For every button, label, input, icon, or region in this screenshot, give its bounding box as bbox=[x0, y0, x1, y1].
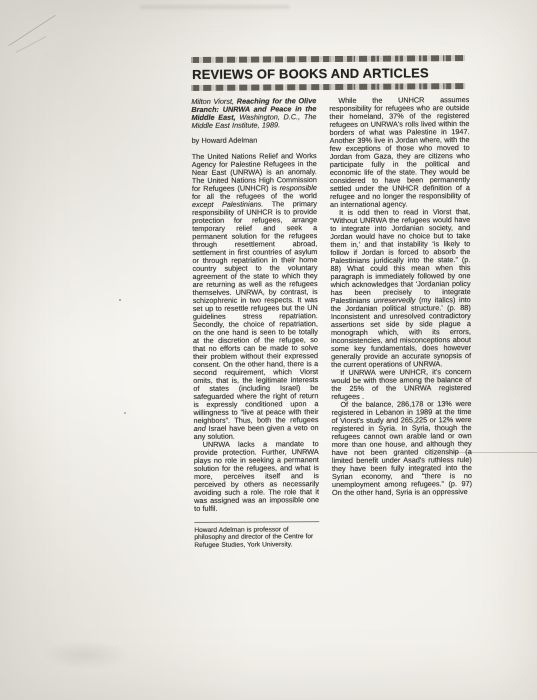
scan-speck bbox=[119, 299, 121, 301]
two-column-text: Milton Viorst, Reaching for the Olive Br… bbox=[191, 96, 472, 549]
review-paragraph: Of the balance, 286,178 or 13% were regi… bbox=[331, 400, 472, 497]
review-paragraph: UNRWA lacks a mandate to provide protect… bbox=[194, 440, 319, 513]
right-column: While the UNHCR assumes responsibility f… bbox=[329, 96, 472, 548]
review-byline: by Howard Adelman bbox=[192, 136, 317, 145]
text-run: It is odd then to read in Viorst that, “… bbox=[330, 207, 471, 305]
section-title: REVIEWS OF BOOKS AND ARTICLES bbox=[191, 61, 469, 85]
text-run: UNRWA lacks a mandate to provide protect… bbox=[194, 439, 319, 513]
reviewer-footnote: Howard Adelman is professor of philosoph… bbox=[194, 521, 319, 549]
scan-smudge bbox=[140, 5, 290, 9]
printed-content: REVIEWS OF BOOKS AND ARTICLES Milton Vio… bbox=[191, 55, 472, 549]
review-paragraph: While the UNHCR assumes responsibility f… bbox=[329, 96, 470, 209]
scan-smudge bbox=[40, 640, 130, 670]
book-citation: Milton Viorst, Reaching for the Olive Br… bbox=[191, 97, 316, 130]
scan-speck bbox=[124, 412, 126, 414]
review-paragraph: The United Nations Relief and Works Agen… bbox=[192, 152, 319, 441]
right-column-paragraphs: While the UNHCR assumes responsibility f… bbox=[329, 96, 472, 497]
scanned-journal-page: REVIEWS OF BOOKS AND ARTICLES Milton Vio… bbox=[0, 0, 537, 700]
section-header: REVIEWS OF BOOKS AND ARTICLES bbox=[191, 55, 469, 91]
text-run: Of the balance, 286,178 or 13% were regi… bbox=[331, 399, 472, 497]
scan-artifact-line bbox=[16, 36, 46, 53]
text-run: The primary responsibility of UNHCR is t… bbox=[192, 199, 319, 425]
text-run: (my italics) into the Jordanian politica… bbox=[331, 295, 471, 369]
left-column: Milton Viorst, Reaching for the Olive Br… bbox=[191, 97, 319, 549]
decorative-bar-bottom bbox=[191, 83, 465, 91]
left-column-paragraphs: The United Nations Relief and Works Agen… bbox=[192, 152, 320, 513]
text-run: If UNRWA were UNHCR, it's concern would … bbox=[331, 367, 471, 401]
review-paragraph: If UNRWA were UNHCR, it's concern would … bbox=[331, 368, 471, 401]
text-run: While the UNHCR assumes responsibility f… bbox=[329, 95, 470, 209]
scan-artifact-line bbox=[8, 15, 56, 46]
review-paragraph: It is odd then to read in Viorst that, “… bbox=[330, 208, 471, 369]
